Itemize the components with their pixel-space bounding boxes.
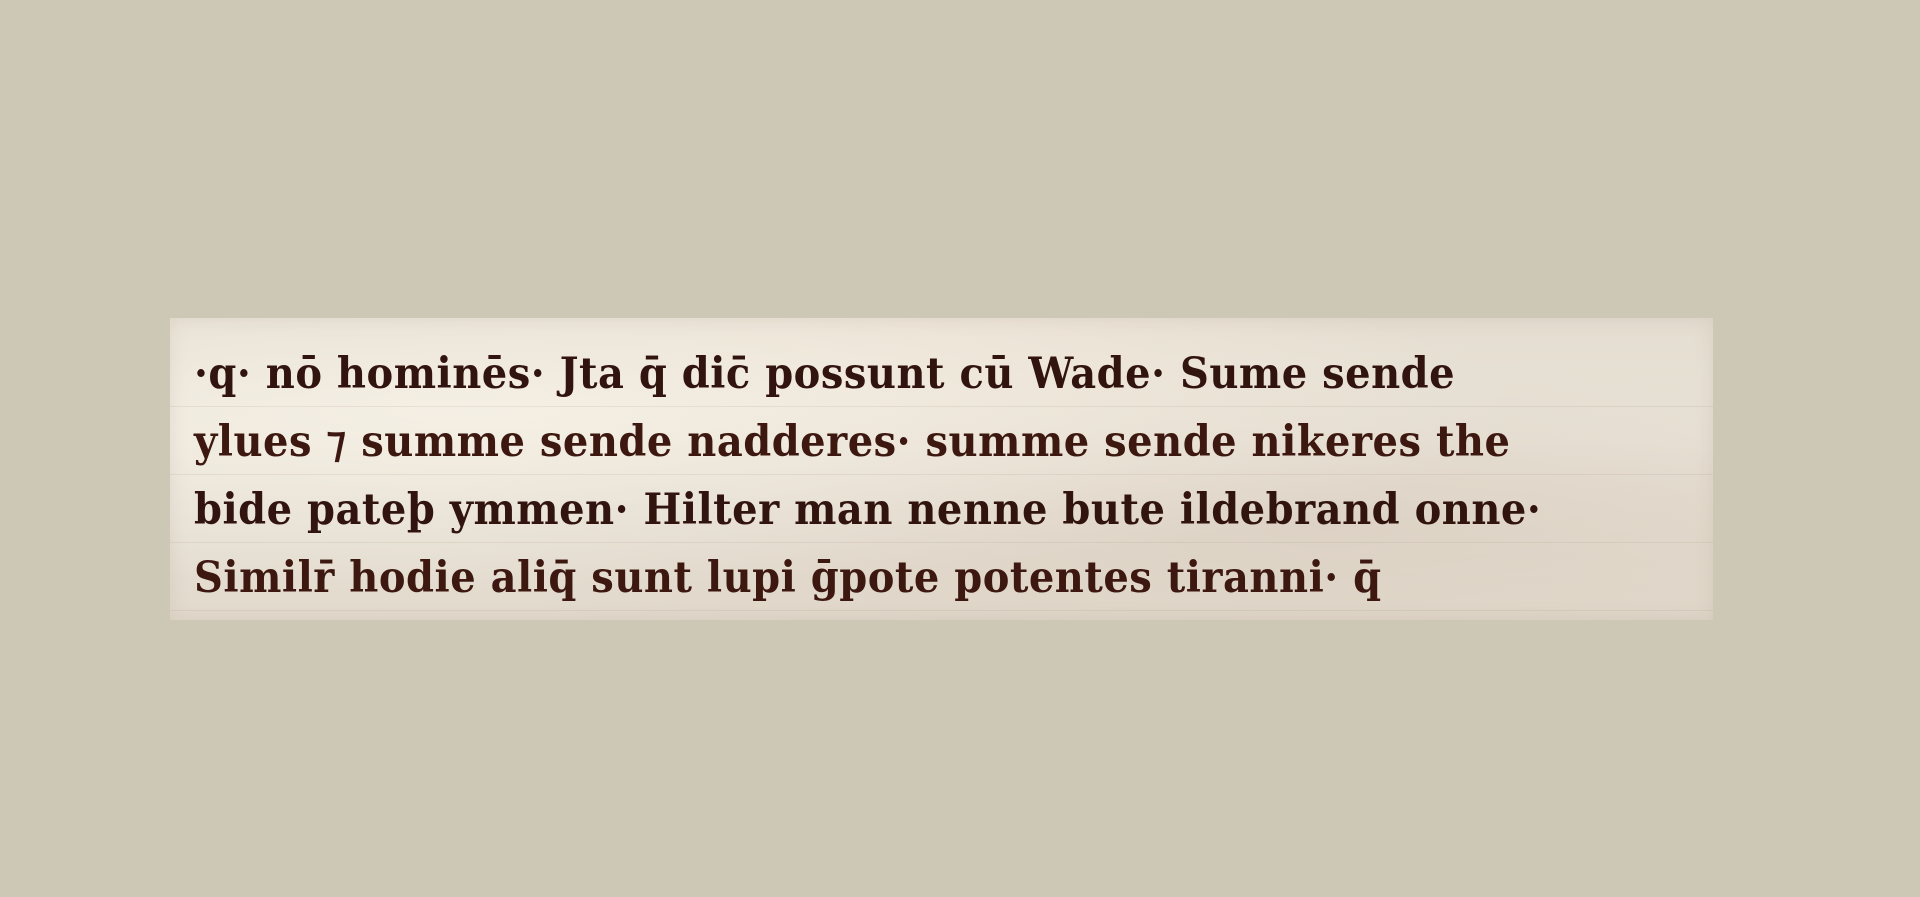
manuscript-line-1: ·q· nō hominēs· Jta q̄ dic̄ possunt cū W… xyxy=(194,337,1677,410)
manuscript-line-3: bide pateþ ymmen· Hilter man nenne bute … xyxy=(194,473,1677,546)
manuscript-text: ·q· nō hominēs· Jta q̄ dic̄ possunt cū W… xyxy=(194,340,1677,612)
manuscript-line-2: ylues ⁊ summe sende nadderes· summe send… xyxy=(194,405,1677,478)
manuscript-line-4: Similr̄ hodie aliq̄ sunt lupi ḡpote pote… xyxy=(194,541,1677,614)
manuscript-fragment: ·q· nō hominēs· Jta q̄ dic̄ possunt cū W… xyxy=(170,318,1713,620)
